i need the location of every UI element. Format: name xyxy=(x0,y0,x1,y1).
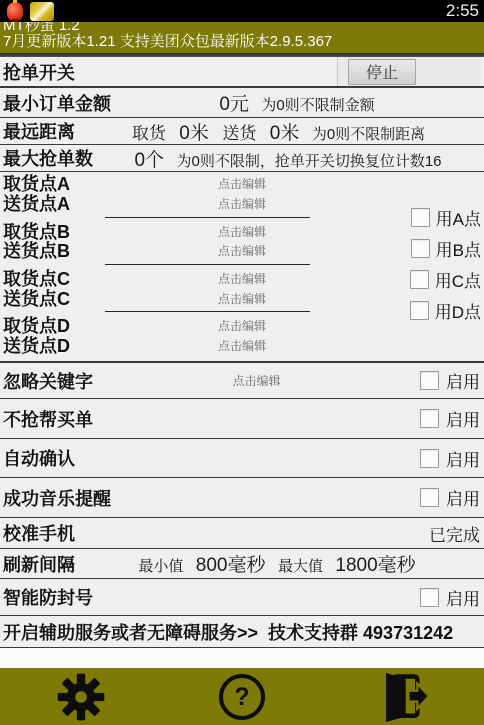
points-divider-c xyxy=(105,311,310,312)
use-point-d-label: 用D点 xyxy=(435,298,481,323)
calibrate-phone-label: 校准手机 xyxy=(3,520,75,546)
row-grab-switch: 抢单开关 停止 xyxy=(0,57,484,88)
anti-ban-label: 智能防封号 xyxy=(3,584,93,610)
accessibility-service-label: 开启辅助服务或者无障碍服务>> xyxy=(3,619,258,645)
row-auto-confirm: 自动确认 启用 xyxy=(0,439,484,478)
notification-app-icon xyxy=(30,2,54,21)
exit-button[interactable] xyxy=(323,668,484,725)
exit-icon xyxy=(376,672,430,722)
points-divider-b xyxy=(105,264,310,265)
ignore-keywords-enable-label: 启用 xyxy=(446,368,480,393)
row-anti-ban: 智能防封号 启用 xyxy=(0,579,484,616)
no-help-buy-enable-label: 启用 xyxy=(446,406,480,431)
title-bar: MT秒蛋 1.2 7月更新版本1.21 支持美团众包最新版本2.9.5.367 xyxy=(0,22,484,53)
settings-gear-icon xyxy=(56,672,106,722)
use-point-b-label: 用B点 xyxy=(436,236,481,261)
anti-ban-checkbox[interactable] xyxy=(420,588,439,607)
refresh-interval-label: 刷新间隔 xyxy=(3,551,75,577)
row-refresh-interval: 刷新间隔 最小值 800毫秒 最大值 1800毫秒 xyxy=(0,549,484,579)
row-max-orders: 最大抢单数 0个 为0则不限制，抢单开关切换复位计数16 xyxy=(0,145,484,172)
min-amount-hint: 为0则不限制金额 xyxy=(261,97,374,114)
use-point-d-checkbox[interactable] xyxy=(410,301,429,320)
refresh-min-label: 最小值 xyxy=(138,558,183,575)
refresh-min-field[interactable]: 800毫秒 xyxy=(196,555,266,576)
use-point-d-group: 用D点 xyxy=(410,300,481,320)
help-button[interactable]: ? xyxy=(161,668,322,725)
no-help-buy-enable-group: 启用 xyxy=(420,406,481,431)
app-subtitle: 7月更新版本1.21 支持美团众包最新版本2.9.5.367 xyxy=(3,34,484,50)
auto-confirm-checkbox[interactable] xyxy=(420,449,439,468)
app-screen: 2:55 MT秒蛋 1.2 7月更新版本1.21 支持美团众包最新版本2.9.5… xyxy=(0,0,484,725)
row-accessibility-service[interactable]: 开启辅助服务或者无障碍服务>> 技术支持群 493731242 xyxy=(0,616,484,648)
row-no-help-buy: 不抢帮买单 启用 xyxy=(0,399,484,439)
delivery-distance-label: 送货 xyxy=(222,124,256,143)
refresh-max-label: 最大值 xyxy=(278,558,323,575)
stop-button[interactable]: 停止 xyxy=(348,59,416,85)
use-point-a-checkbox[interactable] xyxy=(411,208,430,227)
notification-lantern-icon xyxy=(7,2,23,21)
no-help-buy-checkbox[interactable] xyxy=(420,409,439,428)
ignore-keywords-content: 点击编辑 xyxy=(93,372,420,390)
delivery-point-d-field[interactable]: 点击编辑 xyxy=(0,339,484,353)
use-point-a-group: 用A点 xyxy=(411,207,481,227)
success-music-enable-group: 启用 xyxy=(420,485,481,510)
help-icon: ? xyxy=(219,674,265,720)
status-bar-notification-icons xyxy=(7,2,54,21)
max-orders-label: 最大抢单数 xyxy=(3,145,93,171)
row-calibrate-phone[interactable]: 校准手机 已完成 xyxy=(0,518,484,549)
max-distance-hint: 为0则不限制距离 xyxy=(312,126,425,143)
success-music-checkbox[interactable] xyxy=(420,488,439,507)
anti-ban-enable-group: 启用 xyxy=(420,585,481,610)
pickup-distance-field[interactable]: 0米 xyxy=(179,123,209,144)
row-min-order-amount: 最小订单金额 0元 为0则不限制金额 xyxy=(0,88,484,118)
refresh-max-field[interactable]: 1800毫秒 xyxy=(335,555,415,576)
max-orders-hint: 为0则不限制，抢单开关切换复位计数16 xyxy=(177,153,442,170)
points-divider-a xyxy=(105,217,310,218)
bottom-bar: ? xyxy=(0,668,484,725)
pickup-point-d-field[interactable]: 点击编辑 xyxy=(0,319,484,333)
ignore-keywords-label: 忽略关键字 xyxy=(3,368,93,394)
max-orders-field[interactable]: 0个 xyxy=(134,150,164,171)
pickup-distance-label: 取货 xyxy=(132,124,166,143)
content-bottom-strip xyxy=(0,648,484,668)
use-point-b-checkbox[interactable] xyxy=(411,239,430,258)
max-distance-label: 最远距离 xyxy=(3,118,75,144)
use-point-c-checkbox[interactable] xyxy=(410,270,429,289)
auto-confirm-enable-group: 启用 xyxy=(420,446,481,471)
auto-confirm-enable-label: 启用 xyxy=(446,446,480,471)
refresh-interval-content: 最小值 800毫秒 最大值 1800毫秒 xyxy=(75,550,481,577)
ignore-keywords-field[interactable]: 点击编辑 xyxy=(232,374,280,388)
ignore-keywords-checkbox[interactable] xyxy=(420,371,439,390)
ignore-keywords-enable-group: 启用 xyxy=(420,368,481,393)
settings-button[interactable] xyxy=(0,668,161,725)
row-ignore-keywords: 忽略关键字 点击编辑 启用 xyxy=(0,363,484,399)
support-group-label: 技术支持群 493731242 xyxy=(268,619,453,645)
row-max-distance: 最远距离 取货 0米 送货 0米 为0则不限制距离 xyxy=(0,118,484,145)
min-amount-value-field[interactable]: 0元 xyxy=(219,94,249,115)
use-point-b-group: 用B点 xyxy=(411,238,481,258)
use-point-c-group: 用C点 xyxy=(410,269,481,289)
points-section: 取货点A 点击编辑 送货点A 点击编辑 用A点 取货点B 点击编辑 送货点B 点… xyxy=(0,172,484,363)
help-glyph: ? xyxy=(234,683,249,712)
max-distance-content: 取货 0米 送货 0米 为0则不限制距离 xyxy=(75,118,481,145)
grab-switch-button-panel: 停止 xyxy=(337,57,481,86)
pickup-point-b-field[interactable]: 点击编辑 xyxy=(0,225,484,239)
status-bar-clock: 2:55 xyxy=(446,1,479,21)
success-music-enable-label: 启用 xyxy=(446,485,480,510)
use-point-c-label: 用C点 xyxy=(435,267,481,292)
min-amount-content: 0元 为0则不限制金额 xyxy=(111,89,481,116)
min-amount-label: 最小订单金额 xyxy=(3,90,111,116)
success-music-label: 成功音乐提醒 xyxy=(3,485,111,511)
no-help-buy-label: 不抢帮买单 xyxy=(3,406,93,432)
delivery-distance-field[interactable]: 0米 xyxy=(270,123,300,144)
grab-switch-label: 抢单开关 xyxy=(3,59,75,85)
calibrate-status: 已完成 xyxy=(429,521,481,546)
anti-ban-enable-label: 启用 xyxy=(446,585,480,610)
max-orders-content: 0个 为0则不限制，抢单开关切换复位计数16 xyxy=(93,145,481,172)
auto-confirm-label: 自动确认 xyxy=(3,445,75,471)
row-success-music: 成功音乐提醒 启用 xyxy=(0,478,484,518)
status-bar: 2:55 xyxy=(0,0,484,22)
pickup-point-a-field[interactable]: 点击编辑 xyxy=(0,177,484,191)
